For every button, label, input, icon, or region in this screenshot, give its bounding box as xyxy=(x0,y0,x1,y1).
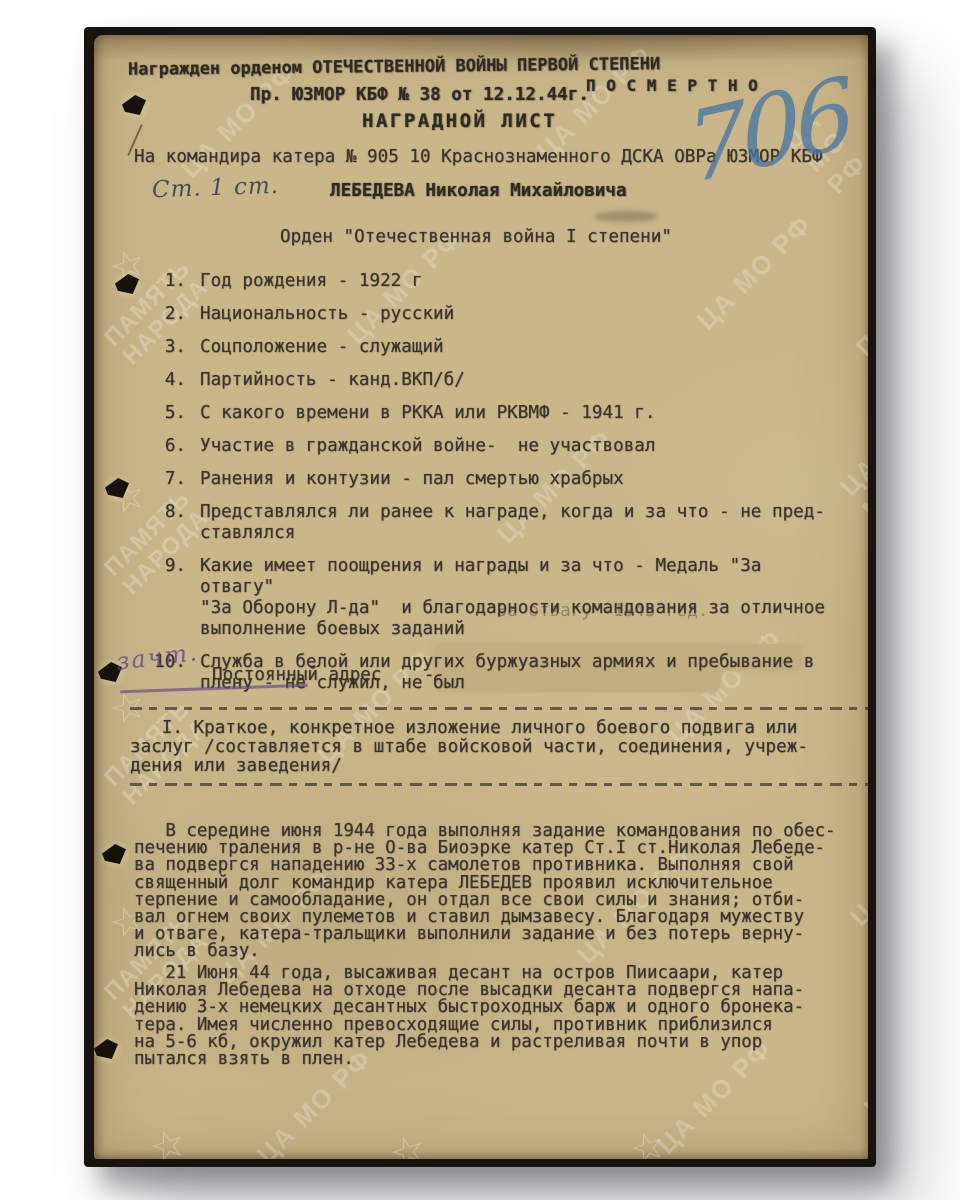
ink-smudge xyxy=(594,211,658,222)
faint-carbon-note: "За отвагу"-1943 год. xyxy=(486,601,708,622)
watermark-pamyat-naroda-text: ПАМЯТЬ НАРОДА xyxy=(852,266,868,380)
watermark-camo-text: ЦА МО РФ xyxy=(858,1068,868,1159)
list-item: 1.Год рождения - 1922 г xyxy=(146,271,846,292)
item-number: 7. xyxy=(146,469,186,490)
award-stamp-line-1: Награжден орденом ОТЕЧЕСТВЕННОЙ ВОЙНЫ ПЕ… xyxy=(128,54,660,81)
list-item: 3.Соцположение - служащий xyxy=(146,337,846,358)
handwritten-rank: Ст. 1 ст. xyxy=(152,173,280,203)
section-heading: I. Краткое, конкретное изложение личного… xyxy=(130,719,860,776)
punch-hole xyxy=(95,468,141,510)
list-item: 8.Представлялся ли ранее к награде, когд… xyxy=(146,502,846,544)
list-item: 2.Национальность - русский xyxy=(146,304,846,325)
list-item: 9.Какие имеет поощрения и награды и за ч… xyxy=(146,556,846,640)
list-item: 7.Ранения и контузии - пал смертью храбр… xyxy=(146,469,846,490)
punch-hole xyxy=(94,1029,130,1071)
item-number: 9. xyxy=(146,556,186,640)
item-text: Национальность - русский xyxy=(200,304,846,325)
item-text: Партийность - канд.ВКП/б/ xyxy=(200,370,846,391)
item-text: Ранения и контузии - пал смертью храбрых xyxy=(200,469,846,490)
punch-hole xyxy=(112,85,158,127)
item-number: 5. xyxy=(146,403,186,424)
item-number: 2. xyxy=(146,304,186,325)
item-text: Год рождения - 1922 г xyxy=(200,271,846,292)
feat-paragraph-2: 21 Июня 44 года, высаживая десант на ост… xyxy=(134,965,860,1068)
item-number: 3. xyxy=(146,337,186,358)
paper-sheet: ЦА МО РФ ЦА МО РФ ЦА МО РФ ЦА МО РФ ЦА М… xyxy=(94,35,868,1159)
list-item: 6.Участие в гражданской войне- не участв… xyxy=(146,436,846,457)
dashed-divider xyxy=(130,707,868,710)
watermark-star-icon: ☆ xyxy=(144,1119,192,1159)
item-number: 6. xyxy=(146,436,186,457)
dashed-divider xyxy=(130,783,868,786)
questionnaire-list: 1.Год рождения - 1922 г 2.Национальность… xyxy=(146,271,846,706)
watermark-star-icon: ☆ xyxy=(384,1125,432,1159)
award-stamp-line-2: Пр. ЮЗМОР КБФ № 38 от 12.12.44г. xyxy=(250,85,589,106)
permanent-address-label: Постоянный адрес - xyxy=(212,665,434,686)
item-text: Представлялся ли ранее к награде, когда … xyxy=(200,502,846,544)
awardee-name: ЛЕБЕДЕВА Николая Михайловича xyxy=(330,181,627,202)
list-item: 4.Партийность - канд.ВКП/б/ xyxy=(146,370,846,391)
feat-paragraph-1: В середине июня 1944 года выполняя задан… xyxy=(134,823,860,961)
punch-hole xyxy=(105,264,151,306)
item-text: Участие в гражданской войне- не участвов… xyxy=(200,436,846,457)
item-text: С какого времени в РККА или РКВМФ - 1941… xyxy=(200,403,846,424)
punch-hole xyxy=(94,834,138,876)
item-text: Какие имеет поощрения и награды и за что… xyxy=(200,556,846,640)
document-title: НАГРАДНОЙ ЛИСТ xyxy=(362,111,557,132)
item-number: 8. xyxy=(146,502,186,544)
item-number: 4. xyxy=(146,370,186,391)
award-name-line: Орден "Отечественная война I степени" xyxy=(280,227,672,248)
item-text: Соцположение - служащий xyxy=(200,337,846,358)
item-number: 1. xyxy=(146,271,186,292)
scanned-document-page: ЦА МО РФ ЦА МО РФ ЦА МО РФ ЦА МО РФ ЦА М… xyxy=(0,0,960,1200)
watermark-star-icon: ☆ xyxy=(864,1117,868,1159)
watermark-star-icon: ☆ xyxy=(624,1121,672,1159)
list-item: 5.С какого времени в РККА или РКВМФ - 19… xyxy=(146,403,846,424)
